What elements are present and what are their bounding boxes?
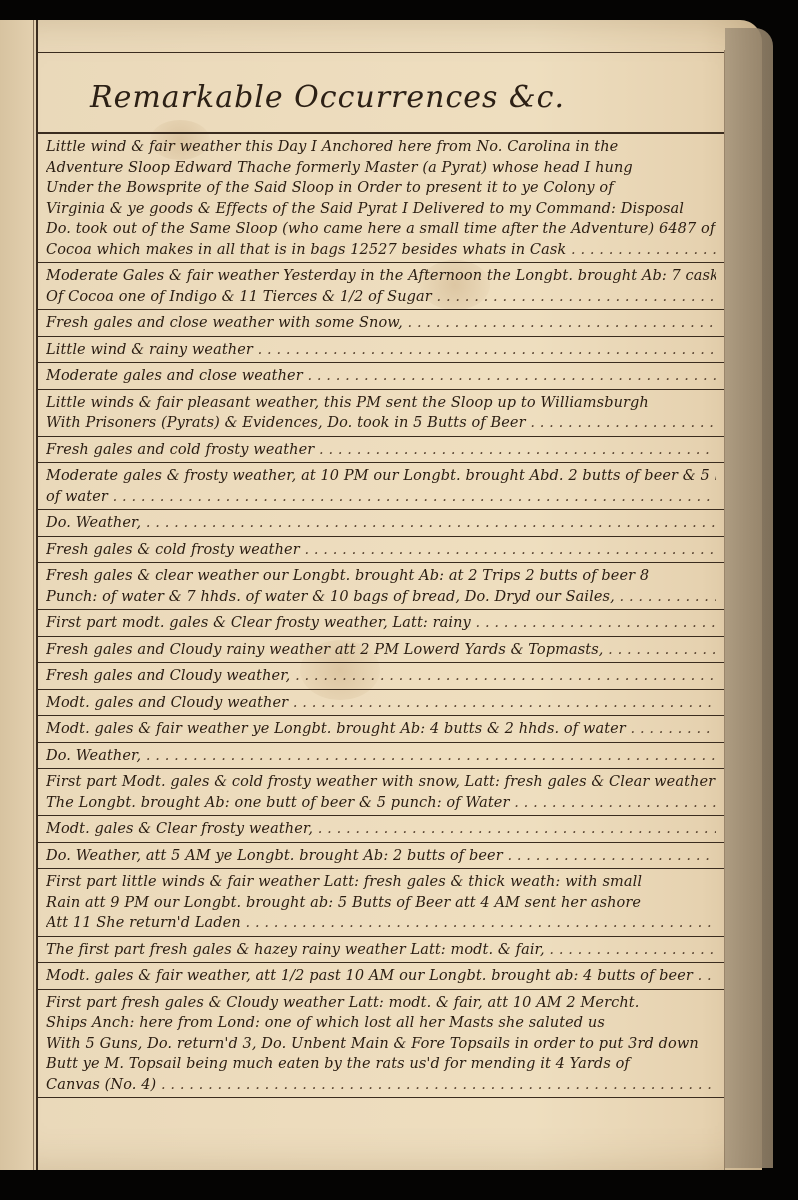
log-entry: The first part fresh gales & hazey rainy… <box>38 937 724 964</box>
entry-line: First part little winds & fair weather L… <box>46 872 716 893</box>
entry-line: Modt. gales & fair weather ye Longbt. br… <box>46 719 716 740</box>
entry-line: Under the Bowsprite of the Said Sloop in… <box>46 178 716 199</box>
entry-line: Modt. gales and Cloudy weather <box>46 693 716 714</box>
log-entry: Do. Weather, <box>38 510 724 537</box>
entry-line: Cocoa which makes in all that is in bags… <box>46 240 716 261</box>
log-entry: Do. Weather, <box>38 743 724 770</box>
log-entry: Fresh gales & clear weather our Longbt. … <box>38 563 724 610</box>
entry-line: First part modt. gales & Clear frosty we… <box>46 613 716 634</box>
entry-line: Do. Weather, <box>46 746 716 767</box>
entry-line: Fresh gales & clear weather our Longbt. … <box>46 566 716 587</box>
log-entry: Fresh gales & cold frosty weather <box>38 537 724 564</box>
entry-line: With 5 Guns, Do. return'd 3, Do. Unbent … <box>46 1034 716 1055</box>
entry-line: Adventure Sloop Edward Thache formerly M… <box>46 158 716 179</box>
entry-line: Do. Weather, <box>46 513 716 534</box>
entry-line: Fresh gales & cold frosty weather <box>46 540 716 561</box>
log-entry: Modt. gales & fair weather, att 1/2 past… <box>38 963 724 990</box>
margin-rule-outer <box>33 20 34 1170</box>
log-entry: Little wind & rainy weather <box>38 337 724 364</box>
entry-line: Butt ye M. Topsail being much eaten by t… <box>46 1054 716 1075</box>
entry-line: Modt. gales & fair weather, att 1/2 past… <box>46 966 716 987</box>
entry-line: Fresh gales and Cloudy weather, <box>46 666 716 687</box>
log-entry: First part modt. gales & Clear frosty we… <box>38 610 724 637</box>
entry-line: Rain att 9 PM our Longbt. brought ab: 5 … <box>46 893 716 914</box>
entry-line: Of Cocoa one of Indigo & 11 Tierces & 1/… <box>46 287 716 308</box>
entry-line: Little wind & fair weather this Day I An… <box>46 137 716 158</box>
log-entry: Little wind & fair weather this Day I An… <box>38 134 724 263</box>
binding-gutter <box>0 20 36 1170</box>
entry-line: Do. took out of the Same Sloop (who came… <box>46 219 716 240</box>
entry-line: Virginia & ye goods & Effects of the Sai… <box>46 199 716 220</box>
log-entry: Fresh gales and Cloudy rainy weather att… <box>38 637 724 664</box>
entry-line: Moderate Gales & fair weather Yesterday … <box>46 266 716 287</box>
log-entry: Fresh gales and Cloudy weather, <box>38 663 724 690</box>
entry-line: Fresh gales and cold frosty weather <box>46 440 716 461</box>
entry-line: The Longbt. brought Ab: one butt of beer… <box>46 793 716 814</box>
log-entry: Do. Weather, att 5 AM ye Longbt. brought… <box>38 843 724 870</box>
log-entry: First part little winds & fair weather L… <box>38 869 724 937</box>
entry-line: Punch: of water & 7 hhds. of water & 10 … <box>46 587 716 608</box>
entry-line: Moderate gales & frosty weather, at 10 P… <box>46 466 716 487</box>
entry-line: Little wind & rainy weather <box>46 340 716 361</box>
entry-line: The first part fresh gales & hazey rainy… <box>46 940 716 961</box>
log-entry: First part fresh gales & Cloudy weather … <box>38 990 724 1099</box>
entry-line: With Prisoners (Pyrats) & Evidences, Do.… <box>46 413 716 434</box>
log-entry: Moderate Gales & fair weather Yesterday … <box>38 263 724 310</box>
entry-line: of water <box>46 487 716 508</box>
log-entry: Moderate gales and close weather <box>38 363 724 390</box>
entry-line: Do. Weather, att 5 AM ye Longbt. brought… <box>46 846 716 867</box>
log-entry: Fresh gales and cold frosty weather <box>38 437 724 464</box>
page-title: Remarkable Occurrences &c. <box>90 80 565 115</box>
entry-line: Little winds & fair pleasant weather, th… <box>46 393 716 414</box>
entry-line: Att 11 She return'd Laden <box>46 913 716 934</box>
log-entry: Modt. gales & Clear frosty weather, <box>38 816 724 843</box>
page-edge <box>725 28 773 1168</box>
entry-line: Fresh gales and Cloudy rainy weather att… <box>46 640 716 661</box>
entry-line: Canvas (No. 4) <box>46 1075 716 1096</box>
entry-line: Ships Anch: here from Lond: one of which… <box>46 1013 716 1034</box>
entry-line: First part fresh gales & Cloudy weather … <box>46 993 716 1014</box>
log-entry: First part Modt. gales & cold frosty wea… <box>38 769 724 816</box>
log-entries: Little wind & fair weather this Day I An… <box>38 134 724 1098</box>
log-entry: Modt. gales and Cloudy weather <box>38 690 724 717</box>
log-entry: Little winds & fair pleasant weather, th… <box>38 390 724 437</box>
entry-line: Modt. gales & Clear frosty weather, <box>46 819 716 840</box>
log-entry: Modt. gales & fair weather ye Longbt. br… <box>38 716 724 743</box>
right-column-rule <box>724 50 725 1170</box>
top-rule <box>38 52 724 53</box>
log-entry: Fresh gales and close weather with some … <box>38 310 724 337</box>
entry-line: Fresh gales and close weather with some … <box>46 313 716 334</box>
entry-line: Moderate gales and close weather <box>46 366 716 387</box>
entry-line: First part Modt. gales & cold frosty wea… <box>46 772 716 793</box>
log-entry: Moderate gales & frosty weather, at 10 P… <box>38 463 724 510</box>
